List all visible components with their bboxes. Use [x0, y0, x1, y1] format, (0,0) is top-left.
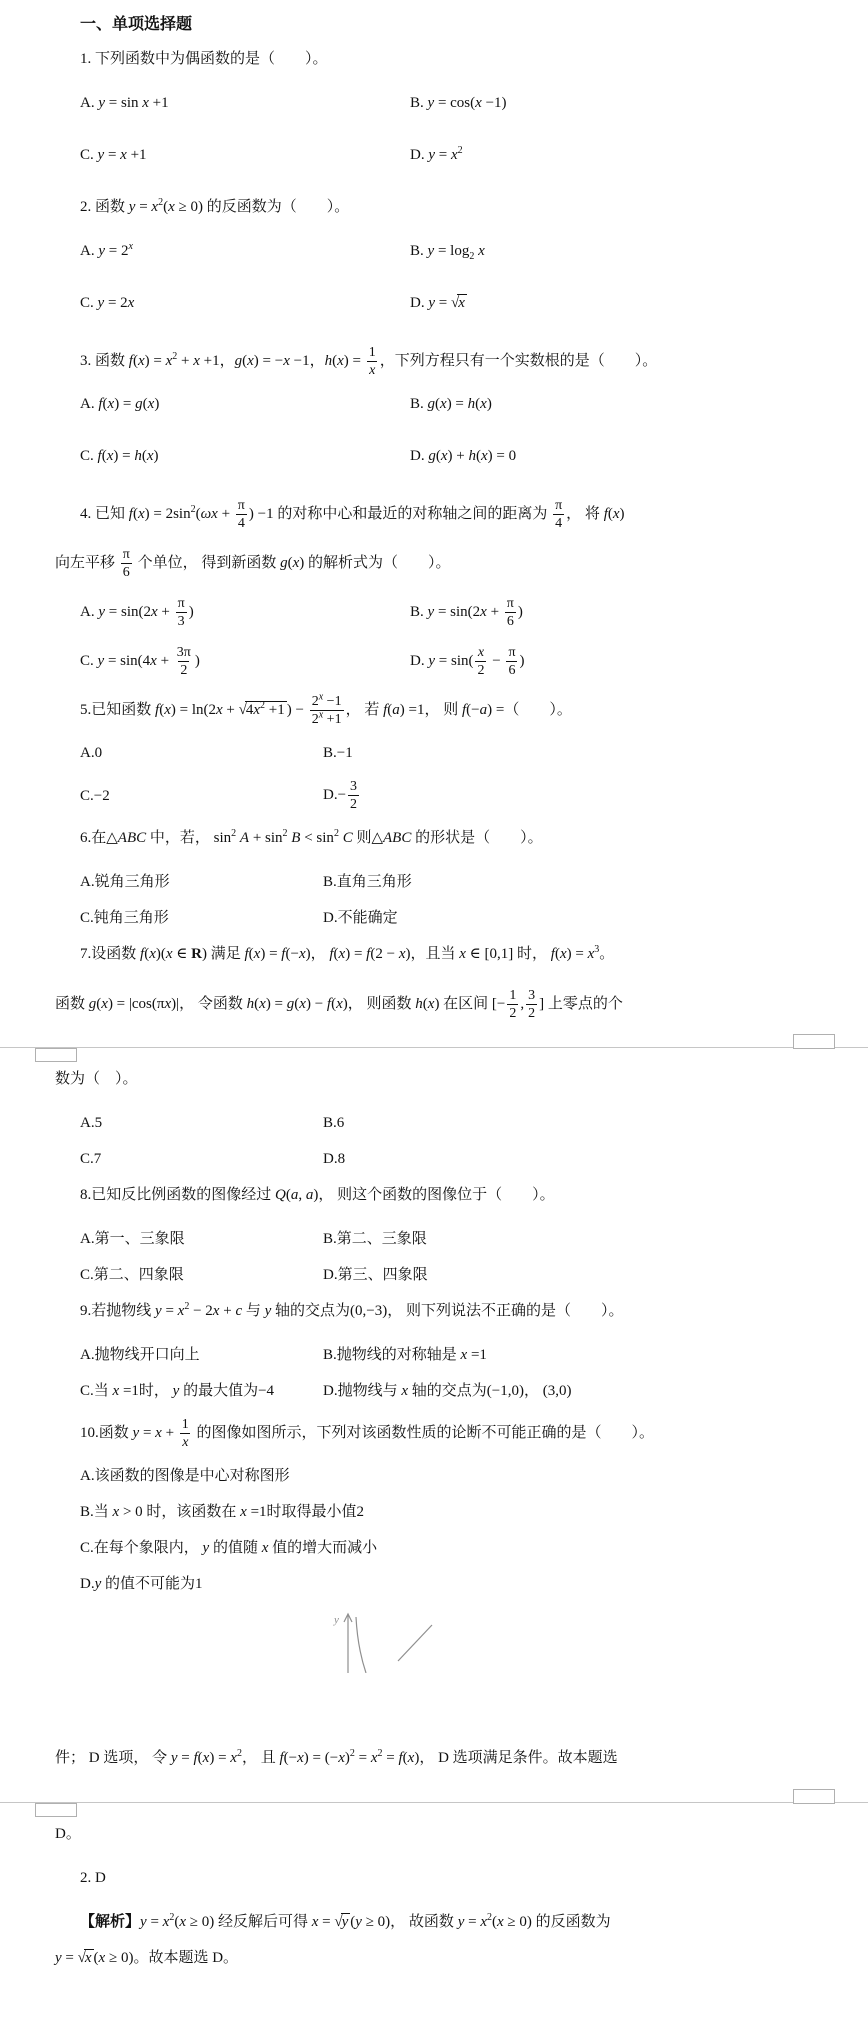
options-row: A. y = sin(2x + π3)B. y = sin(2x + π6): [55, 595, 818, 630]
option-cell: B. y = sin(2x + π6): [410, 595, 818, 630]
page-corner-mark: [793, 1789, 835, 1804]
option-cell: D.−32: [323, 778, 818, 813]
text-line: 件； D 选项， 令 y = f(x) = x2， 且 f(−x) = (−x)…: [55, 1747, 818, 1769]
options-row: C. y = x +1D. y = x2: [55, 144, 818, 166]
question-stem: 9.若抛物线 y = x2 − 2x + c 与 y 轴的交点为(0,−3)， …: [55, 1300, 818, 1322]
options-row: C. y = 2xD. y = √x: [55, 292, 818, 314]
option-line: C.在每个象限内， y 的值随 x 值的增大而减小: [55, 1537, 818, 1559]
option-cell: A. y = sin x +1: [80, 92, 410, 114]
option-cell: B. y = log2 x: [410, 240, 818, 262]
option-cell: A.5: [80, 1112, 323, 1134]
option-cell: A.0: [80, 742, 323, 764]
question-stem: 1. 下列函数中为偶函数的是（ ）。: [55, 48, 818, 70]
diagonal-line: [398, 1625, 432, 1661]
question-stem: 2. 函数 y = x2(x ≥ 0) 的反函数为（ ）。: [55, 196, 818, 218]
options-row: C.−2D.−32: [55, 778, 818, 813]
options-row: A. f(x) = g(x)B. g(x) = h(x): [55, 393, 818, 415]
option-cell: C. y = sin(4x + 3π2): [80, 644, 410, 679]
option-cell: D.第三、四象限: [323, 1264, 818, 1286]
question-stem: 7.设函数 f(x)(x ∈ R) 满足 f(x) = f(−x)， f(x) …: [55, 943, 818, 965]
option-cell: A. y = sin(2x + π3): [80, 595, 410, 630]
options-row: A.第一、三象限B.第二、三象限: [55, 1228, 818, 1250]
function-graph-svg: y: [320, 1609, 450, 1673]
option-cell: B.6: [323, 1112, 818, 1134]
page-break-line: [0, 1047, 868, 1048]
option-cell: D.8: [323, 1148, 818, 1170]
options-row: C.7D.8: [55, 1148, 818, 1170]
page-break: [0, 1791, 868, 1815]
option-cell: B.第二、三象限: [323, 1228, 818, 1250]
page-corner-mark: [35, 1048, 77, 1062]
option-cell: B.−1: [323, 742, 818, 764]
option-cell: C. y = 2x: [80, 292, 410, 314]
page-break-line: [0, 1802, 868, 1803]
curve-branch: [356, 1617, 366, 1673]
options-row: C.钝角三角形D.不能确定: [55, 907, 818, 929]
option-cell: B.直角三角形: [323, 871, 818, 893]
text-line: 函数 g(x) = |cos(πx)|， 令函数 h(x) = g(x) − f…: [55, 987, 818, 1022]
options-row: A.抛物线开口向上B.抛物线的对称轴是 x =1: [55, 1344, 818, 1366]
option-cell: C.第二、四象限: [80, 1264, 323, 1286]
options-row: A.0B.−1: [55, 742, 818, 764]
question-stem: 5.已知函数 f(x) = ln(2x + √4x2 +1) − 2x −12x…: [55, 693, 818, 728]
option-cell: C.钝角三角形: [80, 907, 323, 929]
text-line: 数为（ ）。: [55, 1068, 818, 1090]
option-cell: A. y = 2x: [80, 240, 410, 262]
function-graph-figure: y: [320, 1609, 818, 1673]
page-corner-mark: [793, 1034, 835, 1049]
text-line: 向左平移 π6 个单位， 得到新函数 g(x) 的解析式为（ ）。: [55, 546, 818, 581]
option-cell: D. y = x2: [410, 144, 818, 166]
option-cell: A.锐角三角形: [80, 871, 323, 893]
options-row: C. y = sin(4x + 3π2)D. y = sin(x2 − π6): [55, 644, 818, 679]
option-cell: B.抛物线的对称轴是 x =1: [323, 1344, 818, 1366]
question-stem: 8.已知反比例函数的图像经过 Q(a, a)， 则这个函数的图像位于（ ）。: [55, 1184, 818, 1206]
text-line: y = √x(x ≥ 0)。故本题选 D。: [55, 1947, 818, 1969]
page-bottom-whitespace: [55, 1673, 818, 1747]
options-row: A. y = sin x +1B. y = cos(x −1): [55, 92, 818, 114]
option-cell: D.不能确定: [323, 907, 818, 929]
question-stem: 10.函数 y = x + 1x 的图像如图所示，下列对该函数性质的论断不可能正…: [55, 1416, 818, 1451]
text-line: D。: [55, 1823, 818, 1845]
y-axis-label: y: [333, 1614, 339, 1626]
question-stem: 4. 已知 f(x) = 2sin2(ωx + π4) −1 的对称中心和最近的…: [55, 497, 818, 532]
option-cell: C.−2: [80, 785, 323, 807]
option-cell: D.抛物线与 x 轴的交点为(−1,0)， (3,0): [323, 1380, 818, 1402]
option-cell: D. y = sin(x2 − π6): [410, 644, 818, 679]
option-cell: C.当 x =1时， y 的最大值为−4: [80, 1380, 323, 1402]
options-row: A. y = 2xB. y = log2 x: [55, 240, 818, 262]
options-row: A.5B.6: [55, 1112, 818, 1134]
section-title: 一、单项选择题: [55, 14, 818, 36]
option-cell: C.7: [80, 1148, 323, 1170]
options-row: C.当 x =1时， y 的最大值为−4D.抛物线与 x 轴的交点为(−1,0)…: [55, 1380, 818, 1402]
option-cell: D. g(x) + h(x) = 0: [410, 445, 818, 467]
options-row: C.第二、四象限D.第三、四象限: [55, 1264, 818, 1286]
option-cell: B. g(x) = h(x): [410, 393, 818, 415]
question-stem: 【解析】y = x2(x ≥ 0) 经反解后可得 x = √y(y ≥ 0)， …: [55, 1911, 818, 1933]
option-cell: B. y = cos(x −1): [410, 92, 818, 114]
option-line: B.当 x > 0 时，该函数在 x =1时取得最小值2: [55, 1501, 818, 1523]
page-corner-mark: [35, 1803, 77, 1817]
option-line: D.y 的值不可能为1: [55, 1573, 818, 1595]
option-cell: C. y = x +1: [80, 144, 410, 166]
question-stem: 3. 函数 f(x) = x2 + x +1，g(x) = −x −1，h(x)…: [55, 344, 818, 379]
question-stem: 6.在△ABC 中，若， sin2 A + sin2 B < sin2 C 则△…: [55, 827, 818, 849]
question-stem: 2. D: [55, 1867, 818, 1889]
options-row: A.锐角三角形B.直角三角形: [55, 871, 818, 893]
page-break: [0, 1036, 868, 1060]
option-cell: A.抛物线开口向上: [80, 1344, 323, 1366]
option-cell: A. f(x) = g(x): [80, 393, 410, 415]
option-cell: A.第一、三象限: [80, 1228, 323, 1250]
options-row: C. f(x) = h(x)D. g(x) + h(x) = 0: [55, 445, 818, 467]
option-line: A.该函数的图像是中心对称图形: [55, 1465, 818, 1487]
document-page: 一、单项选择题1. 下列函数中为偶函数的是（ ）。A. y = sin x +1…: [0, 0, 868, 1969]
option-cell: D. y = √x: [410, 292, 818, 314]
option-cell: C. f(x) = h(x): [80, 445, 410, 467]
